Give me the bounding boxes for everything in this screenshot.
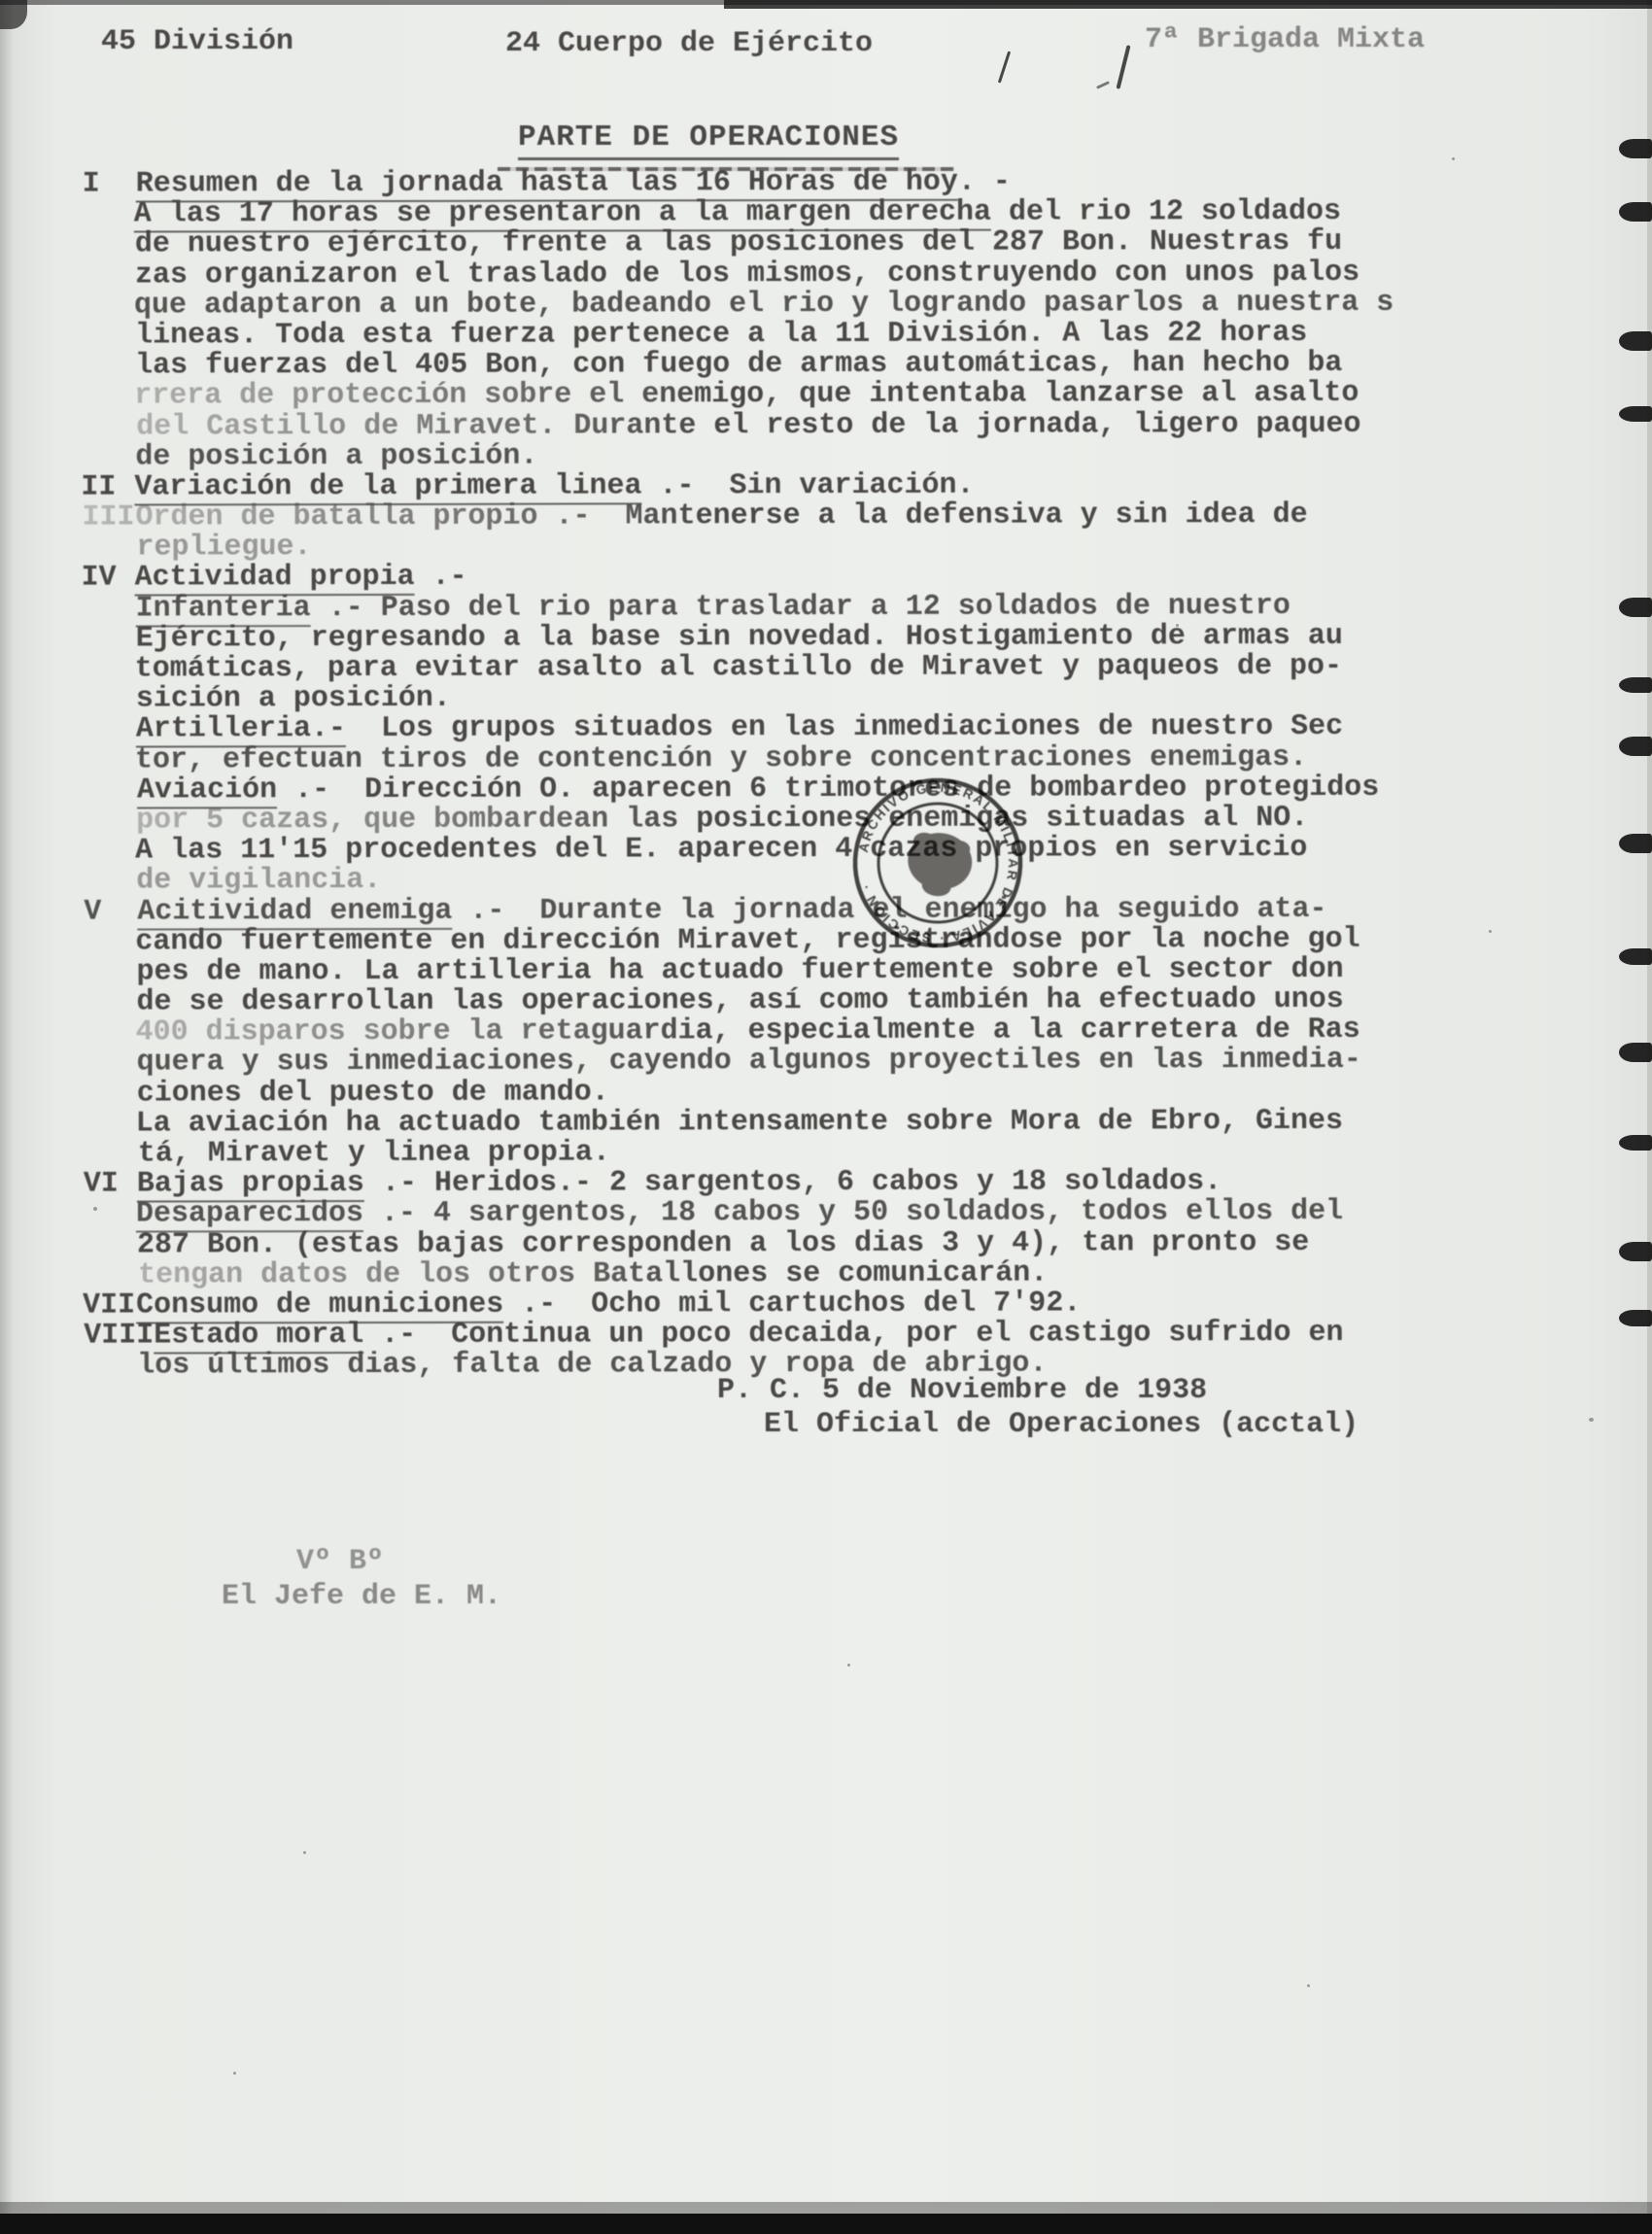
underlined-text: Desaparecidos bbox=[136, 1197, 363, 1232]
section-numeral: IV bbox=[82, 562, 135, 592]
scanned-document-page: 45 División 24 Cuerpo de Ejército 7ª Bri… bbox=[0, 0, 1652, 2234]
scan-artifact bbox=[1619, 598, 1652, 617]
section-numeral bbox=[81, 380, 134, 410]
text-segment: tomáticas, para evitar asalto al castill… bbox=[135, 650, 1342, 686]
document-line: Infanteria .- Paso del rio para traslada… bbox=[83, 589, 1584, 622]
line-text: Actividad propia .- bbox=[135, 561, 467, 592]
document-line: que adaptaron a un bote, badeando el rio… bbox=[81, 286, 1582, 319]
document-line: La aviación ha actuado también intensame… bbox=[83, 1104, 1584, 1137]
section-numeral bbox=[83, 713, 136, 743]
scan-artifact bbox=[1619, 331, 1652, 351]
section-numeral bbox=[84, 1350, 137, 1380]
date-place-line: P. C. 5 de Noviembre de 1938 bbox=[717, 1374, 1207, 1407]
text-segment: sición a posición. bbox=[136, 682, 451, 716]
document-line: Aviación .- Dirección O. aparecen 6 trim… bbox=[84, 771, 1585, 804]
document-line: 400 disparos sobre la retaguardia, espec… bbox=[83, 1014, 1584, 1047]
paper-speck bbox=[1307, 1984, 1310, 1987]
paper-speck bbox=[233, 2072, 236, 2075]
text-segment: .- Paso del rio para trasladar a 12 sold… bbox=[311, 590, 1291, 625]
line-text: pes de mano. La artilleria ha actuado fu… bbox=[136, 953, 1343, 986]
text-segment: ciones del puesto de mando. bbox=[137, 1076, 609, 1110]
paper-speck bbox=[847, 1664, 850, 1667]
paper-speck bbox=[1452, 157, 1455, 160]
section-numeral bbox=[82, 835, 135, 865]
document-line: tá, Miravet y linea propia. bbox=[85, 1134, 1586, 1167]
line-text: Orden de batalla propio .- Mantenerse a … bbox=[135, 498, 1307, 532]
section-numeral: V bbox=[84, 895, 137, 925]
section-numeral bbox=[82, 350, 135, 380]
scan-artifact bbox=[1619, 1135, 1652, 1151]
underlined-text: Consumo de municiones bbox=[136, 1289, 503, 1324]
line-text: zas organizaron el traslado de los mismo… bbox=[135, 256, 1359, 289]
line-text: las fuerzas del 405 Bon, con fuego de ar… bbox=[135, 347, 1342, 380]
line-text: del Castillo de Miravet. Durante el rest… bbox=[136, 407, 1360, 440]
scan-artifact-top-strip bbox=[724, 0, 1652, 9]
scan-artifact-bottom-bar bbox=[0, 2214, 1652, 2234]
section-numeral bbox=[82, 319, 135, 349]
header-division: 45 División bbox=[101, 25, 293, 58]
text-segment: cando fuertemente en dirección Miravet, … bbox=[135, 923, 1359, 959]
document-line: rrera de protección sobre el enemigo, qu… bbox=[81, 377, 1582, 410]
section-numeral bbox=[84, 1077, 137, 1107]
section-numeral bbox=[81, 289, 134, 319]
scan-artifact-corner bbox=[0, 0, 27, 29]
document-line: A las 11'15 procedentes del E. aparecen … bbox=[82, 832, 1583, 865]
underlined-text: A las 17 horas se presentaron a la marge… bbox=[134, 196, 991, 233]
paper-speck bbox=[1589, 1418, 1594, 1422]
section-numeral bbox=[85, 1258, 138, 1289]
document-line: de se desarrollan las operaciones, así c… bbox=[83, 982, 1584, 1015]
pen-mark bbox=[1116, 45, 1130, 89]
section-numeral bbox=[84, 1228, 137, 1258]
approval-vobo: Vº Bº bbox=[296, 1545, 384, 1578]
section-numeral bbox=[83, 622, 136, 652]
line-text: ciones del puesto de mando. bbox=[137, 1076, 609, 1107]
document-line: Desaparecidos .- 4 sargentos, 18 cabos y… bbox=[83, 1195, 1584, 1228]
scan-artifact bbox=[1619, 406, 1652, 422]
line-text: La aviación ha actuado también intensame… bbox=[136, 1105, 1343, 1138]
text-segment: que adaptaron a un bote, badeando el rio… bbox=[134, 287, 1394, 323]
line-text: Aviación .- Dirección O. aparecen 6 trim… bbox=[137, 772, 1379, 805]
section-numeral bbox=[82, 925, 135, 955]
scan-artifact bbox=[1619, 834, 1652, 853]
line-text: que adaptaron a un bote, badeando el rio… bbox=[134, 287, 1394, 320]
line-text: Artilleria.- Los grupos situados en las … bbox=[136, 710, 1343, 743]
paper-speck bbox=[1489, 930, 1492, 933]
line-text: Acitividad enemiga .- Durante la jornada… bbox=[137, 892, 1326, 925]
line-text: A las 11'15 procedentes del E. aparecen … bbox=[135, 832, 1307, 865]
scan-artifact-bottom-bar bbox=[0, 2202, 1652, 2214]
line-text: quera y sus inmediaciones, cayendo algun… bbox=[137, 1044, 1361, 1077]
document-line: tor, efectuan tiros de contención y sobr… bbox=[82, 740, 1583, 773]
section-numeral bbox=[82, 228, 135, 258]
line-text: Variación de la primera linea .- Sin var… bbox=[134, 469, 974, 501]
scan-artifact bbox=[1619, 677, 1652, 693]
section-numeral bbox=[83, 1016, 136, 1047]
line-text: repliegue. bbox=[136, 531, 311, 562]
section-numeral: II bbox=[81, 470, 134, 500]
line-text: sición a posición. bbox=[136, 682, 451, 713]
signature-title-line: El Oficial de Operaciones (acctal) bbox=[764, 1408, 1359, 1441]
document-line: por 5 cazas, que bombardean las posicion… bbox=[83, 801, 1584, 834]
line-text: Desaparecidos .- 4 sargentos, 18 cabos y… bbox=[136, 1195, 1343, 1228]
section-numeral bbox=[83, 865, 136, 895]
document-line: IVActividad propia .- bbox=[82, 559, 1583, 592]
document-line: zas organizaron el traslado de los mismo… bbox=[82, 256, 1583, 289]
section-numeral: VI bbox=[84, 1168, 137, 1198]
document-line: tomáticas, para evitar asalto al castill… bbox=[82, 649, 1583, 682]
section-numeral bbox=[83, 804, 136, 834]
section-numeral bbox=[84, 773, 137, 804]
scan-artifact bbox=[1619, 139, 1652, 158]
paper-speck bbox=[93, 1207, 97, 1211]
document-line: del Castillo de Miravet. Durante el rest… bbox=[83, 407, 1584, 440]
text-segment: de posición a posición. bbox=[135, 439, 537, 473]
section-numeral bbox=[85, 1137, 138, 1167]
document-line: las fuerzas del 405 Bon, con fuego de ar… bbox=[82, 347, 1583, 380]
text-segment: del rio 12 soldados bbox=[991, 195, 1341, 229]
text-segment: .- Mantenerse a la defensiva y sin idea … bbox=[537, 498, 1307, 533]
section-numeral bbox=[83, 955, 136, 985]
text-segment: .- 4 sargentos, 18 cabos y 50 soldados, … bbox=[363, 1195, 1343, 1230]
line-text: tá, Miravet y linea propia. bbox=[138, 1136, 610, 1167]
line-text: de se desarrollan las operaciones, así c… bbox=[136, 983, 1343, 1016]
section-numeral bbox=[82, 440, 135, 470]
document-line: quera y sus inmediaciones, cayendo algun… bbox=[84, 1044, 1585, 1077]
line-text: rrera de protección sobre el enemigo, qu… bbox=[134, 377, 1359, 410]
line-text: de posición a posición. bbox=[135, 439, 537, 470]
section-numeral bbox=[83, 1107, 136, 1137]
line-text: lineas. Toda esta fuerza pertenece a la … bbox=[135, 317, 1307, 350]
section-numeral bbox=[83, 1198, 136, 1228]
paper-speck bbox=[303, 1851, 306, 1854]
section-numeral bbox=[82, 258, 135, 289]
text-segment: repliegue. bbox=[136, 531, 311, 564]
line-text: de vigilancia. bbox=[136, 864, 381, 895]
document-line: VAcitividad enemiga .- Durante la jornad… bbox=[84, 892, 1585, 925]
section-numeral: I bbox=[83, 168, 136, 198]
line-text: Resumen de la jornada hasta las 16 Horas… bbox=[136, 166, 1011, 198]
section-numeral bbox=[84, 1047, 137, 1077]
scan-artifact bbox=[1619, 1310, 1652, 1326]
text-segment: .- Sin variación. bbox=[641, 469, 974, 503]
section-numeral bbox=[83, 592, 136, 622]
document-line: cando fuertemente en dirección Miravet, … bbox=[82, 922, 1583, 955]
line-text: Infanteria .- Paso del rio para traslada… bbox=[136, 590, 1291, 623]
scan-artifact bbox=[1619, 1242, 1652, 1261]
paper-speck bbox=[559, 248, 563, 252]
section-numeral: VII bbox=[83, 1289, 136, 1319]
stamp-coat-of-arms bbox=[904, 829, 976, 901]
text-segment: .- Ocho mil cartuchos del 7'92. bbox=[503, 1287, 1081, 1321]
line-text: 400 disparos sobre la retaguardia, espec… bbox=[136, 1014, 1360, 1047]
section-numeral: III bbox=[82, 501, 135, 532]
line-text: A las 17 horas se presentaron a la marge… bbox=[134, 195, 1341, 228]
text-segment: de vigilancia. bbox=[136, 864, 381, 898]
archive-stamp: ARCHIVO GENERAL MILITAR DE AVILA · SECCI… bbox=[835, 760, 1041, 966]
line-text: Bajas propias .- Heridos.- 2 sargentos, … bbox=[137, 1165, 1222, 1198]
text-segment: .- Heridos.- 2 sargentos, 6 cabos y 18 s… bbox=[364, 1165, 1222, 1200]
scan-artifact bbox=[1619, 1043, 1652, 1062]
line-text: Consumo de municiones .- Ocho mil cartuc… bbox=[136, 1287, 1081, 1319]
line-text: tengan datos de los otros Batallones se … bbox=[138, 1256, 1048, 1289]
document-line: A las 17 horas se presentaron a la marge… bbox=[81, 195, 1582, 228]
line-text: por 5 cazas, que bombardean las posicion… bbox=[136, 802, 1308, 835]
document-line: IIIOrden de batalla propio .- Mantenerse… bbox=[82, 498, 1583, 531]
scan-artifact bbox=[1619, 737, 1652, 756]
document-line: de posición a posición. bbox=[82, 437, 1583, 470]
text-segment: quera y sus inmediaciones, cayendo algun… bbox=[137, 1044, 1361, 1080]
paper-speck bbox=[1176, 624, 1179, 627]
scan-artifact bbox=[1619, 202, 1652, 222]
text-segment: .- bbox=[415, 561, 467, 594]
section-numeral bbox=[81, 198, 134, 228]
pen-mark bbox=[1096, 81, 1110, 89]
line-text: tomáticas, para evitar asalto al castill… bbox=[135, 650, 1342, 683]
underlined-text: Infanteria bbox=[136, 592, 311, 627]
section-numeral bbox=[83, 986, 136, 1016]
document-line: de vigilancia. bbox=[83, 862, 1584, 895]
document-line: tengan datos de los otros Batallones se … bbox=[85, 1255, 1586, 1289]
document-line: Artilleria.- Los grupos situados en las … bbox=[83, 710, 1584, 743]
pen-mark bbox=[998, 51, 1011, 83]
document-line: VIIConsumo de municiones .- Ocho mil car… bbox=[83, 1286, 1584, 1319]
document-body: IResumen de la jornada hasta las 16 Hora… bbox=[82, 164, 1586, 1380]
page-title: PARTE DE OPERACIONES bbox=[518, 120, 899, 160]
document-line: IIVariación de la primera linea .- Sin v… bbox=[81, 467, 1582, 500]
document-line: IResumen de la jornada hasta las 16 Hora… bbox=[83, 164, 1584, 197]
text-segment: . - bbox=[958, 166, 1011, 199]
section-numeral bbox=[83, 410, 136, 440]
section-numeral bbox=[83, 532, 136, 562]
text-segment: tá, Miravet y linea propia. bbox=[138, 1136, 610, 1170]
section-numeral bbox=[82, 743, 135, 773]
document-line: repliegue. bbox=[83, 529, 1584, 562]
scan-artifact bbox=[1619, 948, 1652, 965]
header-army-corps: 24 Cuerpo de Ejército bbox=[505, 27, 873, 60]
line-text: tor, efectuan tiros de contención y sobr… bbox=[135, 741, 1307, 774]
section-numeral bbox=[82, 653, 135, 683]
line-text: cando fuertemente en dirección Miravet, … bbox=[135, 923, 1359, 956]
header-mixed-brigade: 7ª Brigada Mixta bbox=[1145, 23, 1425, 56]
approval-chief-line: El Jefe de E. M. bbox=[222, 1580, 501, 1613]
section-numeral bbox=[83, 683, 136, 713]
